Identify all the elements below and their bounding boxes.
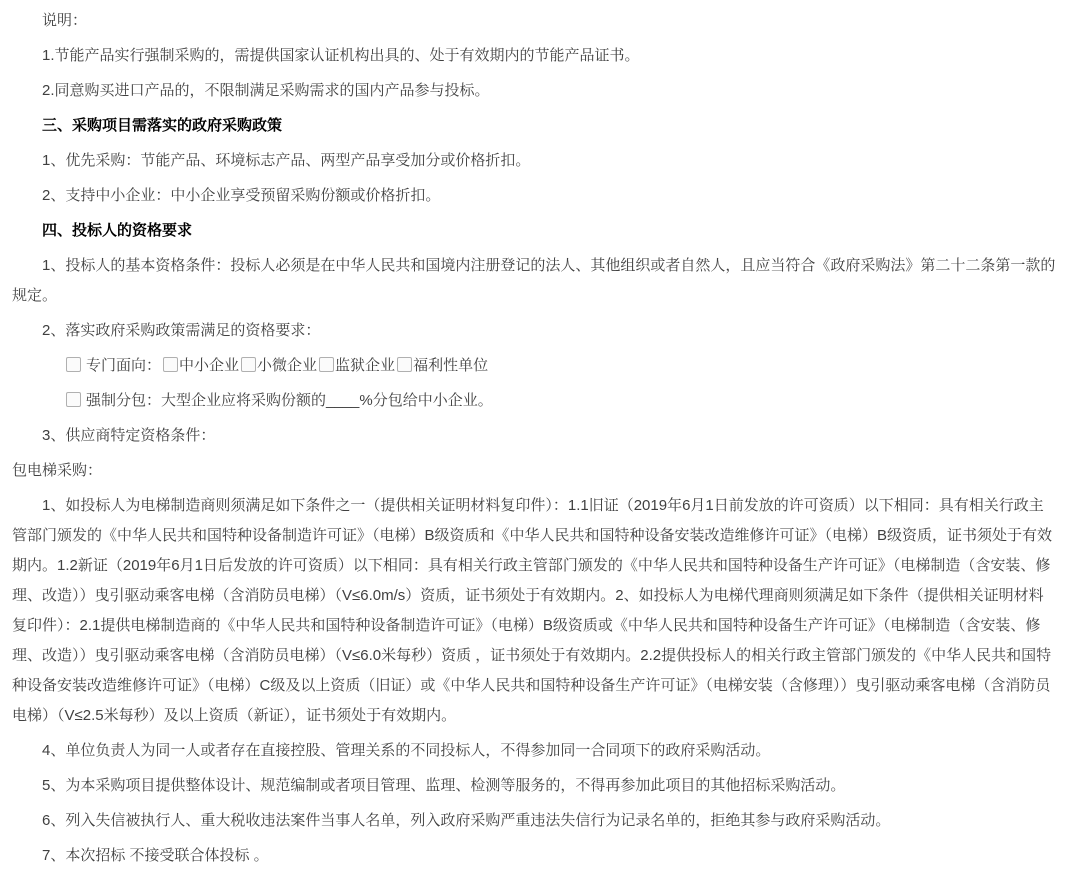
section-three-heading: 三、采购项目需落实的政府采购政策 (12, 111, 1058, 141)
specific-qualification: 3、供应商特定资格条件： (12, 421, 1058, 451)
subcontract-text: 大型企业应将采购份额的____%分包给中小企业。 (161, 392, 493, 409)
elevator-requirements-paragraph: 1、如投标人为电梯制造商则须满足如下条件之一（提供相关证明材料复印件）：1.1旧… (12, 491, 1058, 731)
rule-same-responsible-person: 4、单位负责人为同一人或者存在直接控股、管理关系的不同投标人，不得参加同一合同项… (12, 736, 1058, 766)
policy-priority-purchase: 1、优先采购：节能产品、环境标志产品、两型产品享受加分或价格折扣。 (12, 146, 1058, 176)
subcontract-row: 强制分包：大型企业应将采购份额的____%分包给中小企业。 (12, 386, 1058, 416)
option-checkbox-welfare[interactable] (397, 357, 412, 372)
option-label-smes: 中小企业 (179, 357, 239, 374)
note-imported-products: 2.同意购买进口产品的，不限制满足采购需求的国内产品参与投标。 (12, 76, 1058, 106)
option-label-welfare: 福利性单位 (413, 357, 488, 374)
policy-support-smes: 2、支持中小企业：中小企业享受预留采购份额或价格折扣。 (12, 181, 1058, 211)
policy-qualification: 2、落实政府采购政策需满足的资格要求： (12, 316, 1058, 346)
option-checkbox-smes[interactable] (163, 357, 178, 372)
procurement-document: 说明： 1.节能产品实行强制采购的，需提供国家认证机构出具的、处于有效期内的节能… (0, 0, 1070, 871)
rule-dishonesty-list: 6、列入失信被执行人、重大税收违法案件当事人名单，列入政府采购严重违法失信行为记… (12, 806, 1058, 836)
special-orientation-label: 专门面向： (86, 357, 161, 374)
rule-no-consortium: 7、本次招标 不接受联合体投标 。 (12, 841, 1058, 871)
option-checkbox-small-micro[interactable] (241, 357, 256, 372)
rule-design-services: 5、为本采购项目提供整体设计、规范编制或者项目管理、监理、检测等服务的，不得再参… (12, 771, 1058, 801)
special-orientation-checkbox[interactable] (66, 357, 81, 372)
subcontract-checkbox[interactable] (66, 392, 81, 407)
intro-label: 说明： (12, 6, 1058, 36)
section-four-heading: 四、投标人的资格要求 (12, 216, 1058, 246)
subcontract-label: 强制分包： (86, 392, 161, 409)
basic-qualification: 1、投标人的基本资格条件：投标人必须是在中华人民共和国境内注册登记的法人、其他组… (12, 251, 1058, 311)
option-label-prison: 监狱企业 (335, 357, 395, 374)
option-label-small-micro: 小微企业 (257, 357, 317, 374)
package-elevator-label: 包电梯采购： (12, 456, 1058, 486)
note-energy-saving: 1.节能产品实行强制采购的，需提供国家认证机构出具的、处于有效期内的节能产品证书… (12, 41, 1058, 71)
special-orientation-row: 专门面向：中小企业小微企业监狱企业福利性单位 (12, 351, 1058, 381)
option-checkbox-prison[interactable] (319, 357, 334, 372)
